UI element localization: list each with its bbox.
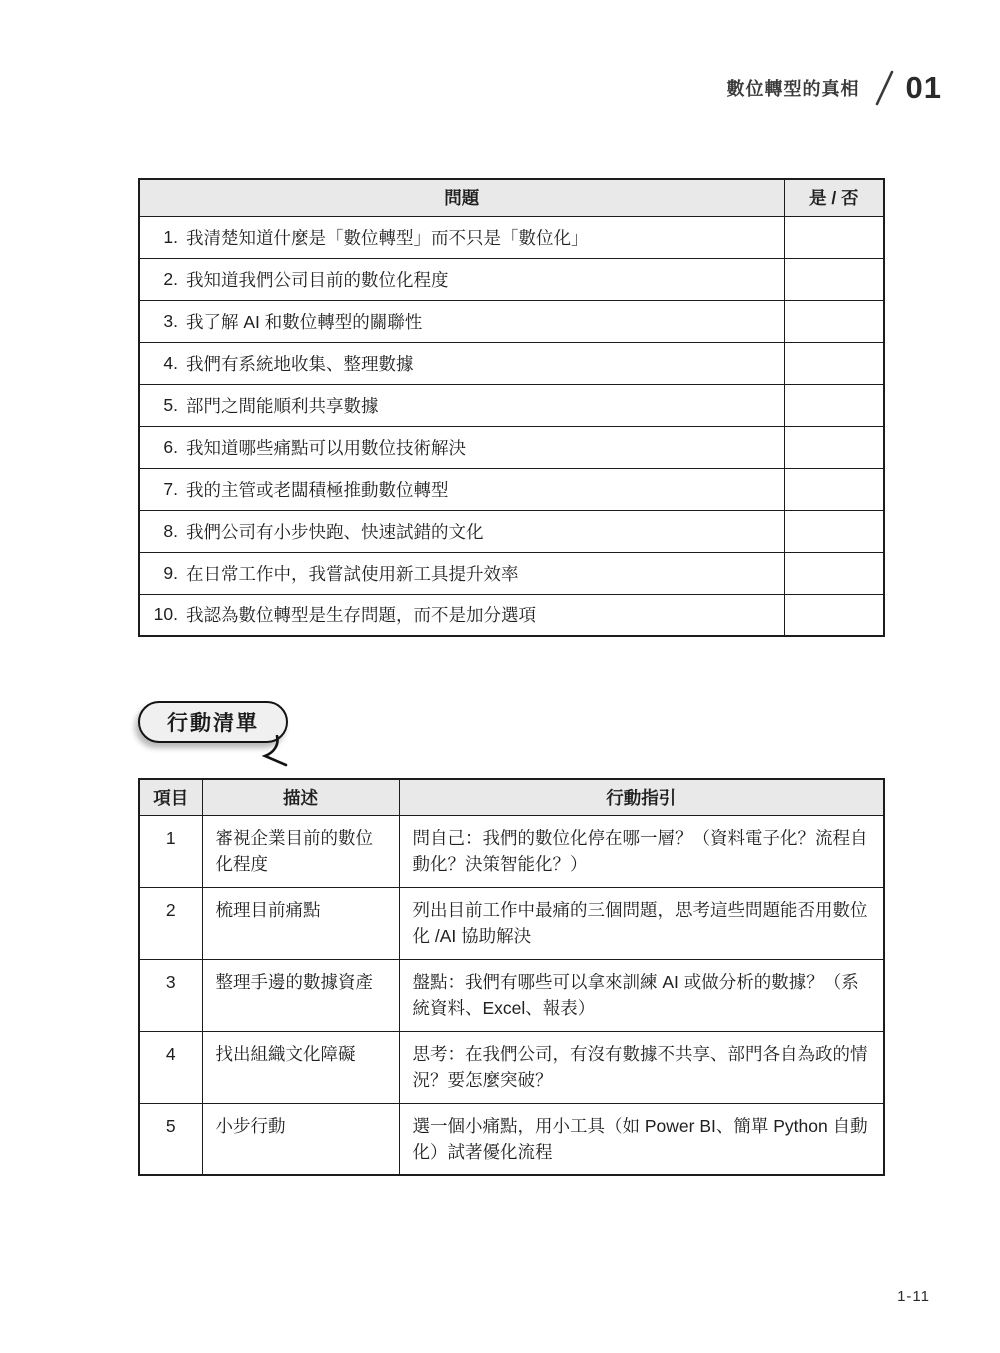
action-header-row: 項目 描述 行動指引 bbox=[139, 779, 884, 815]
checklist-row: 4.我們有系統地收集、整理數據 bbox=[139, 342, 884, 384]
action-guide: 盤點：我們有哪些可以拿來訓練 AI 或做分析的數據？（系統資料、Excel、報表… bbox=[399, 959, 884, 1031]
question-number: 1. bbox=[140, 227, 178, 248]
slash-icon bbox=[874, 69, 894, 107]
checklist-row: 6.我知道哪些痛點可以用數位技術解決 bbox=[139, 426, 884, 468]
checklist-header-yesno: 是 / 否 bbox=[784, 179, 884, 216]
action-guide: 選一個小痛點，用小工具（如 Power BI、簡單 Python 自動化）試著優… bbox=[399, 1103, 884, 1175]
checklist-row: 5.部門之間能順利共享數據 bbox=[139, 384, 884, 426]
question-text: 我們公司有小步快跑、快速試錯的文化 bbox=[186, 519, 784, 544]
checklist-table: 問題 是 / 否 1.我清楚知道什麼是「數位轉型」而不只是「數位化」 2.我知道… bbox=[138, 178, 885, 637]
checklist-row: 9.在日常工作中，我嘗試使用新工具提升效率 bbox=[139, 552, 884, 594]
checklist-row: 10.我認為數位轉型是生存問題，而不是加分選項 bbox=[139, 594, 884, 636]
checklist-header-question: 問題 bbox=[139, 179, 784, 216]
question-text: 我知道我們公司目前的數位化程度 bbox=[186, 267, 784, 292]
action-row: 1 審視企業目前的數位化程度 問自己：我們的數位化停在哪一層？（資料電子化？流程… bbox=[139, 815, 884, 887]
action-description: 找出組織文化障礙 bbox=[202, 1031, 399, 1103]
checklist-row: 3.我了解 AI 和數位轉型的關聯性 bbox=[139, 300, 884, 342]
question-text: 我清楚知道什麼是「數位轉型」而不只是「數位化」 bbox=[186, 225, 784, 250]
question-text: 在日常工作中，我嘗試使用新工具提升效率 bbox=[186, 561, 784, 586]
action-row: 4 找出組織文化障礙 思考：在我們公司，有沒有數據不共享、部門各自為政的情況？要… bbox=[139, 1031, 884, 1103]
action-row: 2 梳理目前痛點 列出目前工作中最痛的三個問題，思考這些問題能否用數位化 /AI… bbox=[139, 887, 884, 959]
yes-no-cell bbox=[784, 342, 884, 384]
question-number: 8. bbox=[140, 521, 178, 542]
checklist-row: 7.我的主管或老闆積極推動數位轉型 bbox=[139, 468, 884, 510]
question-text: 我認為數位轉型是生存問題，而不是加分選項 bbox=[186, 602, 784, 627]
chapter-number: 01 bbox=[906, 70, 942, 106]
question-number: 6. bbox=[140, 437, 178, 458]
action-guide: 思考：在我們公司，有沒有數據不共享、部門各自為政的情況？要怎麼突破？ bbox=[399, 1031, 884, 1103]
action-item-number: 2 bbox=[139, 887, 202, 959]
action-item-number: 3 bbox=[139, 959, 202, 1031]
yes-no-cell bbox=[784, 552, 884, 594]
chapter-title: 數位轉型的真相 bbox=[727, 75, 860, 101]
speech-bubble-tail-icon bbox=[262, 735, 292, 767]
action-guide: 列出目前工作中最痛的三個問題，思考這些問題能否用數位化 /AI 協助解決 bbox=[399, 887, 884, 959]
yes-no-cell bbox=[784, 258, 884, 300]
action-guide: 問自己：我們的數位化停在哪一層？（資料電子化？流程自動化？決策智能化？） bbox=[399, 815, 884, 887]
yes-no-cell bbox=[784, 426, 884, 468]
action-item-number: 5 bbox=[139, 1103, 202, 1175]
book-page: 數位轉型的真相 01 問題 是 / 否 1.我清楚知道什麼是「數位轉型」而不只是… bbox=[0, 0, 1000, 1353]
action-item-number: 4 bbox=[139, 1031, 202, 1103]
action-list-badge: 行動清單 bbox=[138, 701, 288, 743]
question-text: 我了解 AI 和數位轉型的關聯性 bbox=[186, 309, 784, 334]
action-description: 審視企業目前的數位化程度 bbox=[202, 815, 399, 887]
question-number: 2. bbox=[140, 269, 178, 290]
yes-no-cell bbox=[784, 384, 884, 426]
question-number: 7. bbox=[140, 479, 178, 500]
question-text: 我們有系統地收集、整理數據 bbox=[186, 351, 784, 376]
yes-no-cell bbox=[784, 216, 884, 258]
action-item-number: 1 bbox=[139, 815, 202, 887]
checklist-row: 8.我們公司有小步快跑、快速試錯的文化 bbox=[139, 510, 884, 552]
question-text: 我知道哪些痛點可以用數位技術解決 bbox=[186, 435, 784, 460]
yes-no-cell bbox=[784, 468, 884, 510]
page-number: 1-11 bbox=[897, 1288, 930, 1305]
checklist-header-row: 問題 是 / 否 bbox=[139, 179, 884, 216]
action-list-badge-label: 行動清單 bbox=[167, 707, 259, 737]
checklist-row: 2.我知道我們公司目前的數位化程度 bbox=[139, 258, 884, 300]
question-number: 4. bbox=[140, 353, 178, 374]
action-header-guide: 行動指引 bbox=[399, 779, 884, 815]
action-header-description: 描述 bbox=[202, 779, 399, 815]
action-row: 5 小步行動 選一個小痛點，用小工具（如 Power BI、簡單 Python … bbox=[139, 1103, 884, 1175]
action-description: 小步行動 bbox=[202, 1103, 399, 1175]
action-description: 整理手邊的數據資產 bbox=[202, 959, 399, 1031]
question-text: 我的主管或老闆積極推動數位轉型 bbox=[186, 477, 784, 502]
question-number: 5. bbox=[140, 395, 178, 416]
action-header-item: 項目 bbox=[139, 779, 202, 815]
checklist-row: 1.我清楚知道什麼是「數位轉型」而不只是「數位化」 bbox=[139, 216, 884, 258]
yes-no-cell bbox=[784, 300, 884, 342]
action-table: 項目 描述 行動指引 1 審視企業目前的數位化程度 問自己：我們的數位化停在哪一… bbox=[138, 778, 885, 1176]
action-description: 梳理目前痛點 bbox=[202, 887, 399, 959]
action-row: 3 整理手邊的數據資產 盤點：我們有哪些可以拿來訓練 AI 或做分析的數據？（系… bbox=[139, 959, 884, 1031]
question-number: 10. bbox=[140, 604, 178, 625]
page-header: 數位轉型的真相 01 bbox=[727, 66, 942, 110]
question-number: 3. bbox=[140, 311, 178, 332]
yes-no-cell bbox=[784, 510, 884, 552]
question-number: 9. bbox=[140, 563, 178, 584]
question-text: 部門之間能順利共享數據 bbox=[186, 393, 784, 418]
yes-no-cell bbox=[784, 594, 884, 636]
